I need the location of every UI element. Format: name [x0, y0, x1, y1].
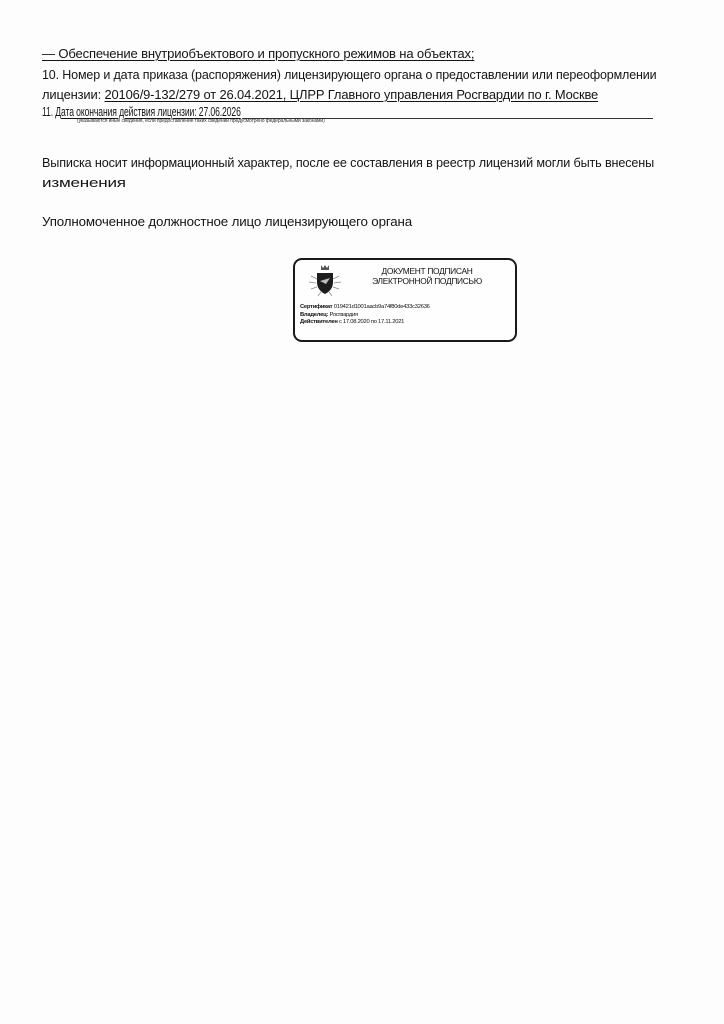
certificate-value: 019421d1001aacb9a74f80de433c32636 — [334, 304, 430, 310]
item-10-label-cont: лицензии: — [42, 87, 104, 102]
authorized-person-label: Уполномоченное должностное лицо лицензир… — [42, 214, 412, 229]
electronic-signature-stamp: ДОКУМЕНТ ПОДПИСАН ЭЛЕКТРОННОЙ ПОДПИСЬЮ С… — [293, 258, 517, 342]
rosgvardia-emblem-icon — [305, 262, 345, 302]
validity-label: Действителен — [300, 319, 338, 325]
stamp-validity: Действителен с 17.08.2020 по 17.11.2021 — [300, 319, 430, 327]
item-11-footnote: (указываются иные сведения, если предост… — [77, 118, 325, 124]
stamp-title-line-2: ЭЛЕКТРОННОЙ ПОДПИСЬЮ — [347, 276, 507, 286]
notice-line-2: изменения — [42, 175, 126, 190]
validity-value: с 17.08.2020 по 17.11.2021 — [339, 319, 404, 325]
owner-value: Росгвардия — [329, 312, 357, 318]
certificate-label: Сертификат — [300, 304, 332, 310]
security-regime-line: — Обеспечение внутриобъектового и пропус… — [42, 46, 474, 61]
item-10-value-line: лицензии: 20106/9-132/279 от 26.04.2021,… — [42, 87, 598, 102]
document-page: — Обеспечение внутриобъектового и пропус… — [0, 0, 724, 1024]
item-10-label: 10. Номер и дата приказа (распоряжения) … — [42, 67, 656, 82]
stamp-title-line-1: ДОКУМЕНТ ПОДПИСАН — [347, 266, 507, 276]
owner-label: Владелец: — [300, 312, 328, 318]
item-11-prefix: 11. Д — [42, 104, 61, 119]
item-10-value: 20106/9-132/279 от 26.04.2021, ЦЛРР Глав… — [104, 87, 598, 102]
stamp-certificate: Сертификат 019421d1001aacb9a74f80de433c3… — [300, 304, 430, 312]
notice-line-1: Выписка носит информационный характер, п… — [42, 155, 654, 170]
item-11-line: 11. Дата окончания действия лицензии: 27… — [42, 104, 241, 119]
stamp-title: ДОКУМЕНТ ПОДПИСАН ЭЛЕКТРОННОЙ ПОДПИСЬЮ — [347, 266, 507, 286]
stamp-details: Сертификат 019421d1001aacb9a74f80de433c3… — [300, 304, 430, 327]
item-11-value: ата окончания действия лицензии: 27.06.2… — [61, 104, 241, 119]
security-regime-text: — Обеспечение внутриобъектового и пропус… — [42, 46, 474, 61]
